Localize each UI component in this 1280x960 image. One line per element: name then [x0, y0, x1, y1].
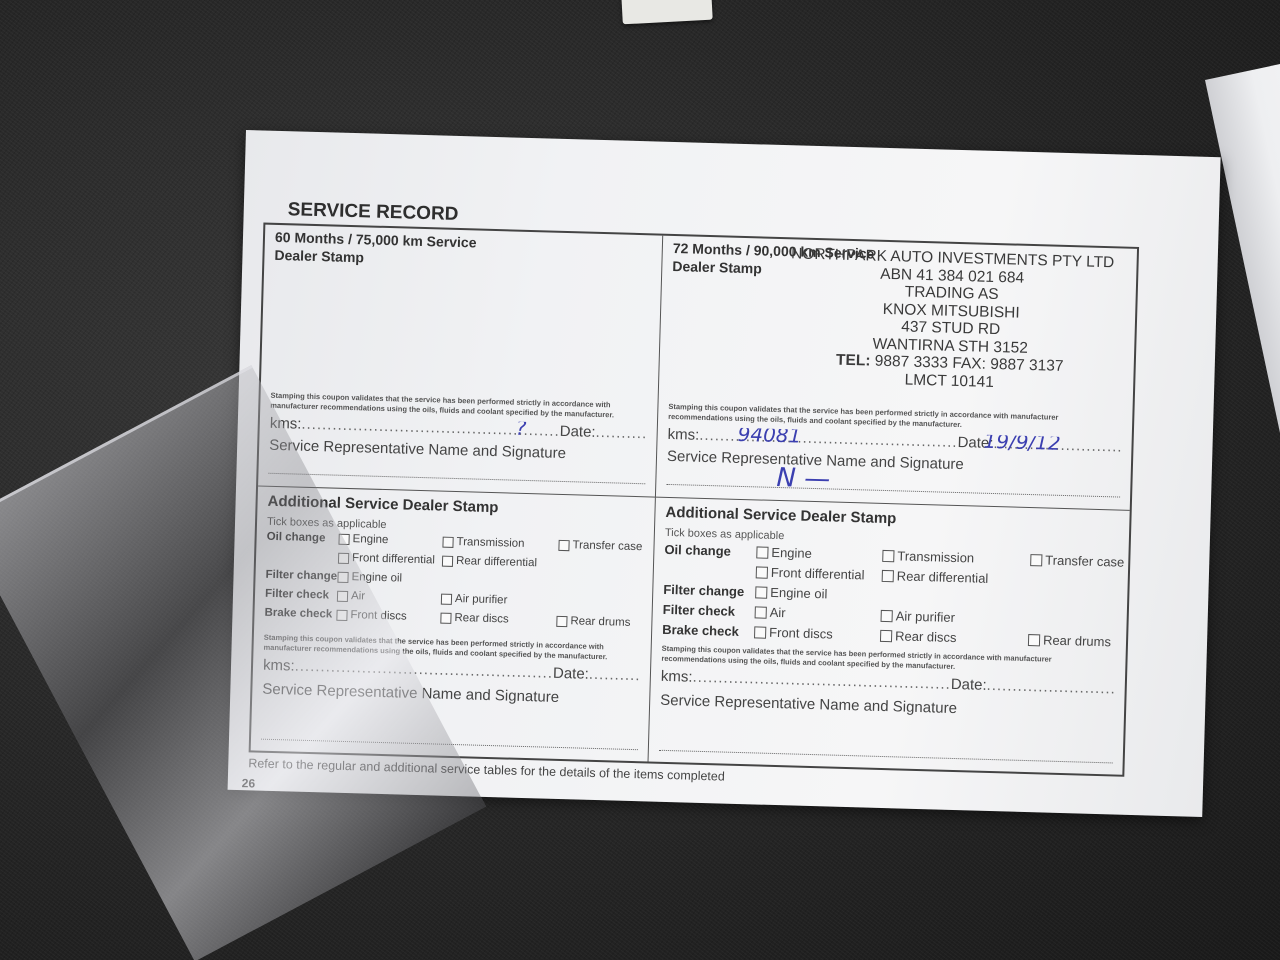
category-label: Brake check — [662, 622, 739, 639]
checkbox-air-purifier[interactable]: Air purifier — [880, 608, 955, 625]
checkbox[interactable] — [1030, 554, 1042, 566]
checkbox-transmission[interactable]: Transmission — [442, 536, 524, 550]
category-label: Filter change — [663, 582, 744, 599]
checkbox-air-purifier[interactable]: Air purifier — [441, 593, 508, 607]
checkbox[interactable] — [440, 612, 451, 623]
checkbox-air[interactable]: Air — [755, 604, 786, 620]
checkbox-transfer-case[interactable]: Transfer case — [558, 539, 642, 553]
checkbox-rear-drums[interactable]: Rear drums — [1028, 632, 1111, 649]
service-72-months-cell: 72 Months / 90,000 km Service Dealer Sta… — [656, 236, 1137, 511]
checkbox[interactable] — [442, 555, 453, 566]
additional-service-cell-right: Additional Service Dealer Stamp Tick box… — [649, 498, 1130, 775]
checkbox-transmission[interactable]: Transmission — [882, 548, 974, 566]
handwritten-kms: 94081 — [737, 426, 801, 448]
checkbox[interactable] — [882, 549, 894, 561]
service-60-months-cell: 60 Months / 75,000 km Service Dealer Sta… — [258, 225, 663, 498]
category-label: Filter check — [663, 602, 736, 619]
checkbox-rear-discs[interactable]: Rear discs — [440, 612, 509, 626]
date-label: Date: — [951, 676, 987, 694]
checkbox[interactable] — [442, 536, 453, 547]
checkbox[interactable] — [556, 615, 567, 626]
checkbox[interactable] — [880, 629, 892, 641]
rep-label: Service Representative Name and Signatur… — [660, 692, 1114, 722]
checkbox-engine-oil[interactable]: Engine oil — [755, 584, 828, 601]
checkbox[interactable] — [755, 606, 767, 618]
signature-line[interactable] — [268, 473, 645, 485]
category-label: Oil change — [664, 542, 731, 559]
checkbox[interactable] — [755, 586, 767, 598]
date-field[interactable]: ........................................… — [595, 424, 647, 442]
date-field[interactable]: ........................................… — [986, 677, 1115, 698]
signature-line[interactable] — [659, 750, 1113, 764]
checkbox-transfer-case[interactable]: Transfer case — [1030, 552, 1124, 570]
dealer-stamp: NORTHPARK AUTO INVESTMENTS PTY LTD ABN 4… — [769, 245, 1133, 395]
date-field[interactable]: ........................................… — [589, 666, 641, 684]
handwritten-date: ? — [515, 416, 526, 440]
signature-line[interactable] — [666, 484, 1120, 498]
checkbox-rear-differential[interactable]: Rear differential — [882, 568, 989, 586]
date-label: Date: — [560, 423, 596, 441]
checkbox[interactable] — [756, 546, 768, 558]
handwritten-date: 19/9/12 — [983, 429, 1061, 455]
checkbox[interactable] — [1028, 634, 1040, 646]
date-label: Date: — [553, 665, 589, 683]
checkbox-rear-drums[interactable]: Rear drums — [556, 615, 630, 629]
checkbox[interactable] — [882, 569, 894, 581]
checkbox[interactable] — [881, 609, 893, 621]
checkbox[interactable] — [754, 626, 766, 638]
checkbox-rear-differential[interactable]: Rear differential — [442, 555, 537, 570]
checkbox-front-discs[interactable]: Front discs — [754, 624, 833, 641]
handwritten-signature: N — — [776, 463, 831, 494]
service-checklist: Oil change Engine Transmission Transfer … — [662, 542, 1121, 655]
checkbox-engine[interactable]: Engine — [756, 544, 812, 561]
kms-label: kms: — [661, 668, 693, 686]
checkbox[interactable] — [441, 593, 452, 604]
kms-label: kms: — [667, 426, 699, 444]
checkbox-rear-discs[interactable]: Rear discs — [880, 628, 957, 645]
kms-field[interactable]: ........................................… — [692, 669, 951, 693]
rep-label: Service Representative Name and Signatur… — [269, 437, 646, 465]
page-title: SERVICE RECORD — [287, 199, 458, 226]
checkbox-front-differential[interactable]: Front differential — [756, 564, 865, 582]
checkbox[interactable] — [756, 566, 768, 578]
checkbox[interactable] — [558, 539, 569, 550]
